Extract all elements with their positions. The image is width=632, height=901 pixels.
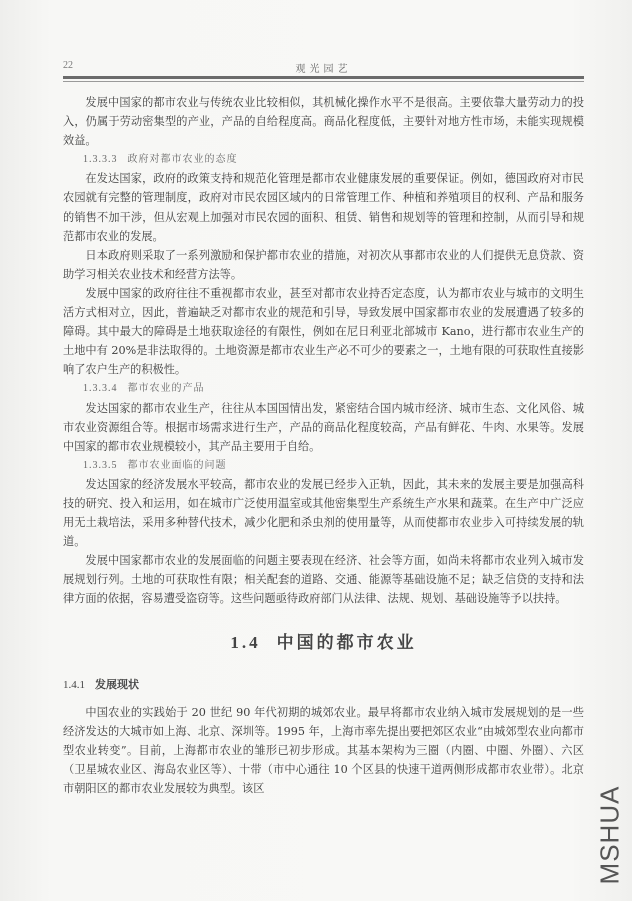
watermark: MSHUA xyxy=(590,780,630,890)
page-header: 22 观光园艺 xyxy=(63,60,584,84)
paragraph: 日本政府则采取了一系列激励和保护都市农业的措施，对初次从事都市农业的人们提供无息… xyxy=(63,246,584,284)
subsection-heading-1-3-3-5: 1.3.3.5都市农业面临的问题 xyxy=(63,456,584,475)
header-rule-thick xyxy=(63,76,584,79)
paragraph: 发展中国家都市农业的发展面临的问题主要表现在经济、社会等方面，如尚未将都市农业列… xyxy=(63,551,584,608)
paragraph: 发达国家的经济发展水平较高，都市农业的发展已经步入正轨，因此，其未来的发展主要是… xyxy=(63,475,584,551)
subsection-heading-1-3-3-3: 1.3.3.3政府对都市农业的态度 xyxy=(63,150,584,169)
paragraph: 中国农业的实践始于 20 世纪 90 年代初期的城郊农业。最早将都市农业纳入城市… xyxy=(63,703,584,798)
paragraph: 发展中国家的都市农业与传统农业比较相似，其机械化操作水平不是很高。主要依靠大量劳… xyxy=(63,93,584,150)
paragraph: 发展中国家的政府往往不重视都市农业，甚至对都市农业持否定态度，认为都市农业与城市… xyxy=(63,284,584,379)
section-title-1-4: 1.4中国的都市农业 xyxy=(63,633,584,653)
heading-1-4-1: 1.4.1发展现状 xyxy=(63,675,584,695)
book-page: 22 观光园艺 发展中国家的都市农业与传统农业比较相似，其机械化操作水平不是很高… xyxy=(0,0,632,901)
paragraph: 在发达国家，政府的政策支持和规范化管理是都市农业健康发展的重要保证。例如，德国政… xyxy=(63,169,584,245)
header-rule-thin xyxy=(63,81,584,82)
body-text: 发展中国家的都市农业与传统农业比较相似，其机械化操作水平不是很高。主要依靠大量劳… xyxy=(63,93,584,798)
running-title: 观光园艺 xyxy=(63,60,584,75)
subsection-heading-1-3-3-4: 1.3.3.4都市农业的产品 xyxy=(63,379,584,398)
paragraph: 发达国家的都市农业生产，往往从本国国情出发，紧密结合国内城市经济、城市生态、文化… xyxy=(63,399,584,456)
